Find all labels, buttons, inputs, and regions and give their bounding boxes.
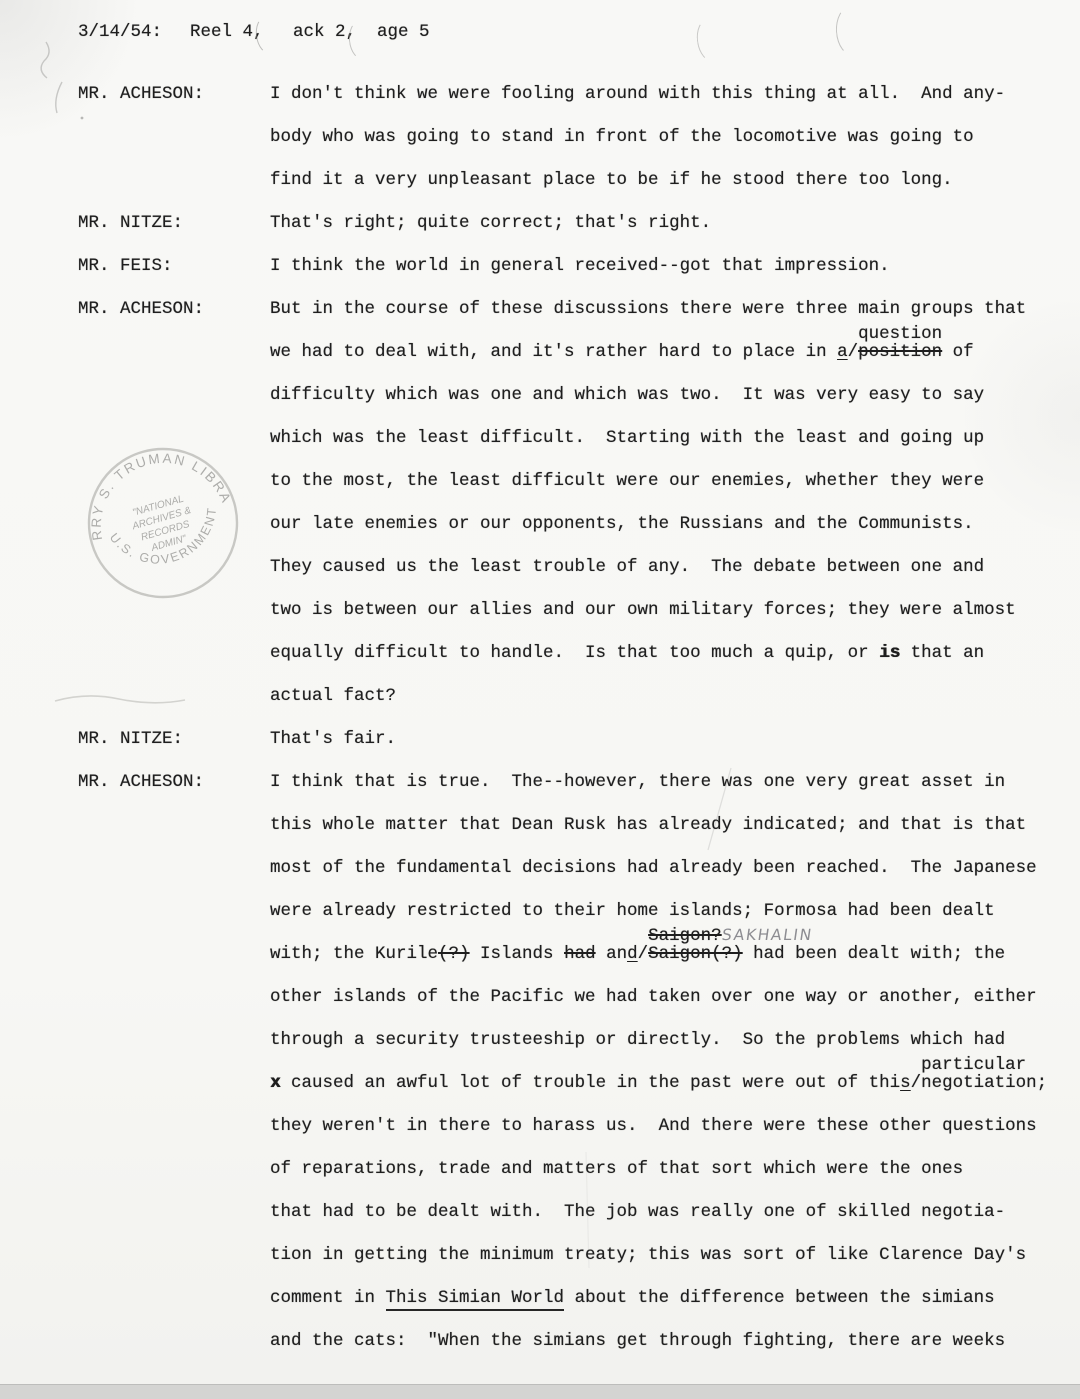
line-text: that had to be dealt with. The job was r… [270,1201,1005,1223]
transcript-line: tion in getting the minimum treaty; this… [0,1244,1080,1270]
text-segment: / [638,944,649,964]
text-segment: had been dealt with; the [743,944,1006,964]
speaker-label: MR. FEIS: [78,255,173,277]
transcript-line: other islands of the Pacific we had take… [0,986,1080,1012]
text-segment: we had to deal with, and it's rather har… [270,342,837,362]
line-text: which was the least difficult. Starting … [270,427,984,449]
text-segment: other islands of the Pacific we had take… [270,987,1037,1007]
inserted-text-above: question [858,323,942,345]
document-page: 3/14/54:Reel 4,ack 2,age 5 HARRY S. TRUM… [0,0,1080,1384]
inserted-text-above: Saigon? SAKHALIN [648,924,812,947]
transcript-line: comment in This Simian World about the d… [0,1287,1080,1313]
text-segment: they weren't in there to harass us. And … [270,1116,1037,1136]
line-text: They caused us the least trouble of any.… [270,556,984,578]
text-segment: two is between our allies and our own mi… [270,600,1016,620]
transcript-line: equally difficult to handle. Is that too… [0,642,1080,668]
scan-background-edge [0,1384,1080,1399]
line-text: two is between our allies and our own mi… [270,599,1016,621]
bold-overstrike-text: x [270,1073,281,1093]
transcript-line: MR. ACHESON:I think that is true. The--h… [0,771,1080,797]
text-segment: of reparations, trade and matters of tha… [270,1159,963,1179]
transcript-line: MR. NITZE:That's right; quite correct; t… [0,212,1080,238]
transcript-line: this whole matter that Dean Rusk has alr… [0,814,1080,840]
line-text: tion in getting the minimum treaty; this… [270,1244,1026,1266]
transcript-line: find it a very unpleasant place to be if… [0,169,1080,195]
transcript-line: with; the Kurile(?) Islands had and/Saig… [0,943,1080,969]
underlined-book-title: This Simian World [386,1288,565,1311]
transcript-line: which was the least difficult. Starting … [0,427,1080,453]
transcript-line: and the cats: "When the simians get thro… [0,1330,1080,1356]
line-text: x caused an awful lot of trouble in the … [270,1072,1047,1094]
line-text: equally difficult to handle. Is that too… [270,642,984,664]
text-segment: body who was going to stand in front of … [270,127,974,147]
text-segment: But in the course of these discussions t… [270,299,1026,319]
text-segment: I don't think we were fooling around wit… [270,84,1005,104]
line-text: and the cats: "When the simians get thro… [270,1330,1005,1352]
text-segment: negotiation; [921,1073,1047,1093]
line-text: comment in This Simian World about the d… [270,1287,995,1309]
text-segment: of [942,342,974,362]
text-segment: and the cats: "When the simians get thro… [270,1331,1005,1351]
transcript-line: that had to be dealt with. The job was r… [0,1201,1080,1227]
transcript-line: actual fact? [0,685,1080,711]
text-segment: through a security trusteeship or direct… [270,1030,1005,1050]
speaker-label: MR. ACHESON: [78,771,204,793]
line-text: But in the course of these discussions t… [270,298,1026,320]
line-text: difficulty which was one and which was t… [270,384,984,406]
line-text: of reparations, trade and matters of tha… [270,1158,963,1180]
text-segment: were already restricted to their home is… [270,901,995,921]
text-segment: this whole matter that Dean Rusk has alr… [270,815,1026,835]
line-text: to the most, the least difficult were ou… [270,470,984,492]
text-segment: comment in [270,1288,386,1308]
transcript-line: difficulty which was one and which was t… [0,384,1080,410]
transcript-line: MR. ACHESON:I don't think we were foolin… [0,83,1080,109]
line-text: with; the Kurile(?) Islands had and/Saig… [270,943,1005,965]
text-segment: with; the Kurile [270,944,438,964]
text-segment: that had to be dealt with. The job was r… [270,1202,1005,1222]
text-segment: to the most, the least difficult were ou… [270,471,984,491]
line-text: they weren't in there to harass us. And … [270,1115,1037,1137]
struck-text: position [858,342,942,362]
line-text: most of the fundamental decisions had al… [270,857,1037,879]
struck-text: had [564,944,596,964]
text-segment: That's fair. [270,729,396,749]
speaker-label: MR. ACHESON: [78,83,204,105]
line-text: find it a very unpleasant place to be if… [270,169,953,191]
speaker-label: MR. NITZE: [78,728,183,750]
transcript-line: MR. ACHESON:But in the course of these d… [0,298,1080,324]
text-segment: That's right; quite correct; that's righ… [270,213,711,233]
transcript: MR. ACHESON:I don't think we were foolin… [0,0,1080,1384]
line-text: That's right; quite correct; that's righ… [270,212,711,234]
transcript-line: they weren't in there to harass us. And … [0,1115,1080,1141]
transcript-line: most of the fundamental decisions had al… [0,857,1080,883]
struck-text: Saigon(?) [648,944,743,964]
underlined-text: d [627,944,638,964]
bold-overstrike-text: is [879,643,900,663]
line-text: through a security trusteeship or direct… [270,1029,1005,1051]
text-segment: our late enemies or our opponents, the R… [270,514,974,534]
text-segment: / [911,1073,922,1093]
transcript-line: we had to deal with, and it's rather har… [0,341,1080,367]
inserted-text-above: particular [921,1054,1026,1076]
speaker-label: MR. NITZE: [78,212,183,234]
text-segment: I think that is true. The--however, ther… [270,772,1005,792]
line-text: I think that is true. The--however, ther… [270,771,1005,793]
transcript-line: x caused an awful lot of trouble in the … [0,1072,1080,1098]
line-text: actual fact? [270,685,396,707]
text-segment: caused an awful lot of trouble in the pa… [281,1073,901,1093]
text-segment: Islands [470,944,565,964]
handwritten-annotation: SAKHALIN [720,924,814,946]
line-text: other islands of the Pacific we had take… [270,986,1037,1008]
transcript-line: They caused us the least trouble of any.… [0,556,1080,582]
line-text: That's fair. [270,728,396,750]
transcript-line: through a security trusteeship or direct… [0,1029,1080,1055]
text-segment: / [848,342,859,362]
transcript-line: two is between our allies and our own mi… [0,599,1080,625]
text-segment: They caused us the least trouble of any.… [270,557,984,577]
transcript-line: of reparations, trade and matters of tha… [0,1158,1080,1184]
speaker-label: MR. ACHESON: [78,298,204,320]
underlined-text: a [837,342,848,362]
line-text: we had to deal with, and it's rather har… [270,341,974,363]
correction-stack: questionposition [858,341,942,363]
correction-stack: Saigon? SAKHALINSaigon(?) [648,943,743,965]
underlined-text: s [900,1073,911,1093]
transcript-line: body who was going to stand in front of … [0,126,1080,152]
text-segment: which was the least difficult. Starting … [270,428,984,448]
text-segment: about the difference between the simians [564,1288,995,1308]
text-segment: I think the world in general received--g… [270,256,890,276]
struck-text: (?) [438,944,470,964]
text-segment: tion in getting the minimum treaty; this… [270,1245,1026,1265]
transcript-line: MR. NITZE:That's fair. [0,728,1080,754]
line-text: this whole matter that Dean Rusk has alr… [270,814,1026,836]
transcript-line: MR. FEIS:I think the world in general re… [0,255,1080,281]
text-segment: difficulty which was one and which was t… [270,385,984,405]
text-segment: equally difficult to handle. Is that too… [270,643,879,663]
struck-text: Saigon? [648,926,722,946]
transcript-line: to the most, the least difficult were ou… [0,470,1080,496]
text-segment: that an [900,643,984,663]
correction-stack: particularnegotiation; [921,1072,1047,1094]
text-segment: particular [921,1055,1026,1075]
transcript-line: were already restricted to their home is… [0,900,1080,926]
line-text: our late enemies or our opponents, the R… [270,513,974,535]
line-text: were already restricted to their home is… [270,900,995,922]
line-text: body who was going to stand in front of … [270,126,974,148]
transcript-line: our late enemies or our opponents, the R… [0,513,1080,539]
text-segment: find it a very unpleasant place to be if… [270,170,953,190]
text-segment: question [858,324,942,344]
text-segment: an [596,944,628,964]
line-text: I think the world in general received--g… [270,255,890,277]
line-text: I don't think we were fooling around wit… [270,83,1005,105]
text-segment: most of the fundamental decisions had al… [270,858,1037,878]
text-segment: actual fact? [270,686,396,706]
